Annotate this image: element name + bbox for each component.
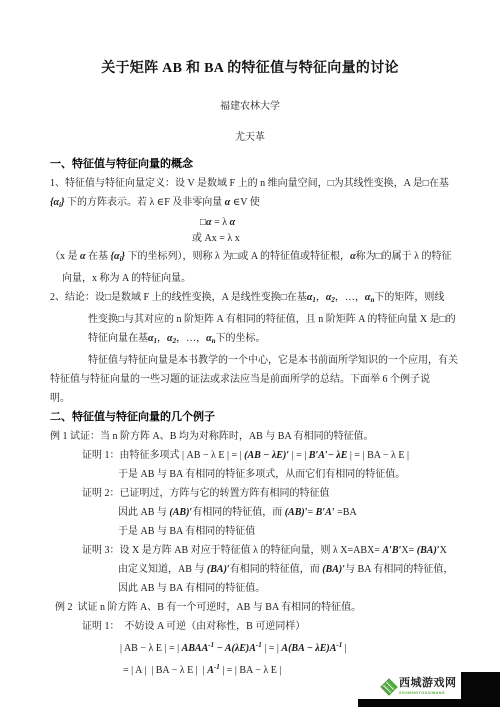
example2-proof1: 证明 1： 不妨设 A 可逆（由对称性，B 可逆同样） [0, 617, 500, 636]
watermark-site-name: 西城游戏网 [399, 677, 500, 689]
watermark-texts: 西城游戏网 XICHENGYOUXIWANG [399, 677, 500, 697]
document-title: 关于矩阵 AB 和 BA 的特征值与特征向量的讨论 [0, 57, 500, 77]
watermark-caption: XICHENGYOUXIWANG [399, 691, 445, 695]
section-heading-2: 二、特征值与特征向量的几个例子 [0, 408, 500, 427]
watermark: 西城游戏网 XICHENGYOUXIWANG [380, 675, 461, 699]
example1-proof3-line3: 因此 AB 与 BA 有相同的特征值。 [0, 579, 500, 598]
document-page: 关于矩阵 AB 和 BA 的特征值与特征向量的讨论 福建农林大学 尤天革 一、特… [0, 0, 500, 707]
example1-proof3-line2: 由定义知道，AB 与 (BA)′有相同的特征值，而 (BA)′与 BA 有相同的… [0, 560, 500, 579]
formula-ax-lambda-x: 或 Ax = λ x [0, 231, 500, 247]
para-conclusion-line3: 特征向量在基α1，α2，…，αn下的坐标。 [0, 329, 500, 351]
example1-proof2-line3: 于是 AB 与 BA 有相同的特征值 [0, 522, 500, 541]
para-intro-line2: 特征值与特征向量的一些习题的证法或求法应当是前面所学的总结。下面举 6 个例子说 [0, 370, 500, 389]
para-definition-line3: （x 是 α 在基 {αi} 下的坐标列），则称 λ 为□或 A 的特征值或特征… [0, 247, 500, 269]
para-intro-line1: 特征值与特征向量是本书教学的一个中心，它是本书前面所学知识的一个应用，有关 [0, 351, 500, 370]
para-conclusion-line2: 性变换□与其对应的 n 阶矩阵 A 有相同的特征值，且 n 阶矩阵 A 的特征向… [0, 310, 500, 329]
example1-proof1: 证明 1：由特征多项式 | AB − λ E | = | (AB − λE)′ … [0, 446, 500, 465]
watermark-logo-icon [380, 678, 397, 695]
example1-proof2-line2: 因此 AB 与 (AB)′有相同的特征值，而 (AB)′= B′A′ =BA [0, 503, 500, 522]
author-name: 尤天革 [0, 128, 500, 143]
para-definition-line4: 向量，x 称为 A 的特征向量。 [0, 269, 500, 288]
example1-proof3: 证明 3：设 X 是方阵 AB 对应于特征值 λ 的特征向量，则 λ X=ABX… [0, 541, 500, 560]
author-affiliation: 福建农林大学 [0, 97, 500, 112]
document-body: 一、特征值与特征向量的概念1、特征值与特征向量定义：设 V 是数域 F 上的 n… [0, 155, 500, 680]
formula-sigma-alpha: □α = λ α [0, 215, 500, 231]
para-definition-line1: 1、特征值与特征向量定义：设 V 是数域 F 上的 n 维向量空间，□为其线性变… [0, 174, 500, 193]
para-intro-line3: 明。 [0, 389, 500, 408]
example1-statement: 例 1 试证：当 n 阶方阵 A、B 均为对称阵时，AB 与 BA 有相同的特征… [0, 427, 500, 446]
para-definition-line2: {αi} 下的方阵表示。若 λ ∈F 及非零向量 α ∈V 使 [0, 193, 500, 215]
example2-formula-line1: | AB − λ E | = | ABAA-1 − A(λE)A-1 | = |… [0, 636, 500, 658]
example2-statement: 例 2 试证 n 阶方阵 A、B 有一个可逆时，AB 与 BA 有相同的特征值。 [0, 598, 500, 617]
para-conclusion-line1: 2、结论：设□是数域 F 上的线性变换，A 是线性变换□在基α1，α2，…，αn… [0, 288, 500, 310]
example1-proof1-line2: 于是 AB 与 BA 有相同的特征多项式，从而它们有相同的特征值。 [0, 465, 500, 484]
section-heading-1: 一、特征值与特征向量的概念 [0, 155, 500, 174]
example1-proof2: 证明 2：已证明过，方阵与它的转置方阵有相同的特征值 [0, 484, 500, 503]
